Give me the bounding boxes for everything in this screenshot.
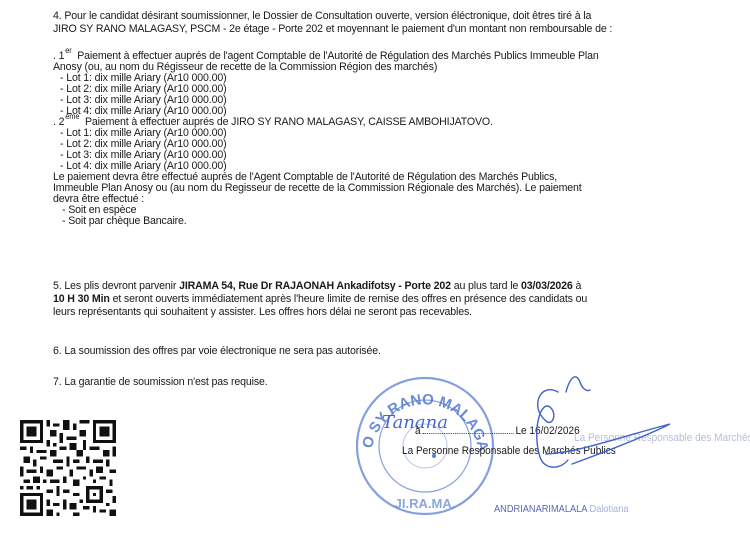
section5-prefix: 5. Les plis devront parvenir	[53, 280, 179, 292]
qr-code	[20, 420, 116, 516]
section6: 6. La soumission des offres par voie éle…	[53, 345, 381, 358]
signer-name-part2: Dalotiana	[587, 503, 629, 515]
payment2-ordinal: ème	[65, 112, 79, 121]
section5-address: JIRAMA 54, Rue Dr RAJAONAH Ankadifotsy -…	[179, 280, 451, 292]
stamp-bottom-text: JI.RA.MA.	[395, 496, 456, 511]
handwritten-signature	[510, 362, 680, 472]
section4-intro-line2: JIRO SY RANO MALAGASY, PSCM - 2e étage -…	[53, 23, 612, 36]
section5-mid: au plus tard le	[451, 280, 521, 292]
section7: 7. La garantie de soumission n'est pas r…	[53, 376, 268, 389]
section5-line2: 10 H 30 Min et seront ouverts immédiatem…	[53, 293, 587, 306]
section5-line2-text: et seront ouverts immédiatement après l'…	[110, 293, 587, 305]
payment1-ordinal: er	[65, 46, 71, 55]
section5-deadline-time: 10 H 30 Min	[53, 293, 110, 305]
place-dotted-line	[422, 424, 513, 434]
section5-suffix: à	[573, 280, 582, 292]
payment-method-cheque: - Soit par chèque Bancaire.	[62, 215, 187, 228]
signer-name-part1: ANDRIANARIMALALA	[494, 503, 587, 515]
section5-line1: 5. Les plis devront parvenir JIRAMA 54, …	[53, 280, 581, 293]
place-prefix: à	[415, 425, 421, 437]
official-stamp: JIRO SY RANO MALAGASY JI.RA.MA.	[350, 368, 500, 516]
section5-deadline-date: 03/03/2026	[521, 280, 573, 292]
section5-line3: leurs représentants qui souhaitent y ass…	[53, 306, 472, 319]
section4-intro-line1: 4. Pour le candidat désirant soumissionn…	[53, 10, 591, 23]
signer-name: ANDRIANARIMALALA Dalotiana	[494, 503, 629, 515]
document-page: 4. Pour le candidat désirant soumissionn…	[0, 0, 750, 555]
